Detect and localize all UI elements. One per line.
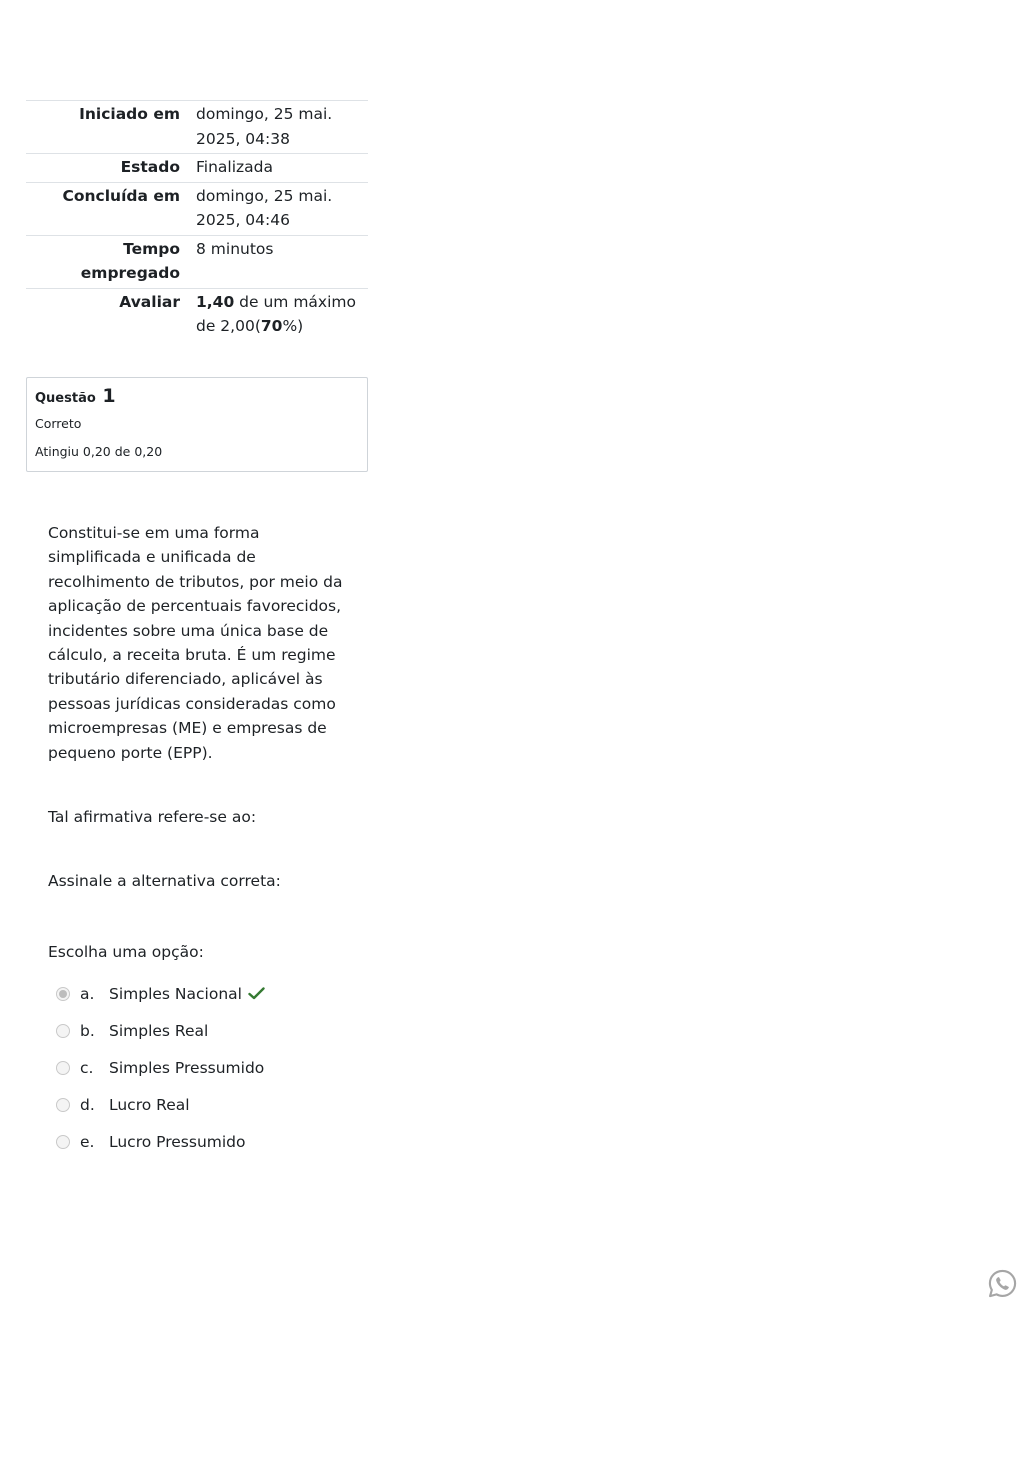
answer-option-d[interactable]: d. Lucro Real xyxy=(56,1086,356,1123)
answer-label: Simples Pressumido xyxy=(109,1059,264,1077)
grade-percent: 70 xyxy=(261,317,283,335)
question-info-box: Questão 1 Correto Atingiu 0,20 de 0,20 xyxy=(26,377,368,472)
grade-text-end: %) xyxy=(282,317,303,335)
answer-letter: c. xyxy=(80,1059,109,1077)
question-number: Questão 1 xyxy=(35,384,359,411)
question-label: Questão xyxy=(35,391,96,406)
answer-label: Lucro Real xyxy=(109,1096,190,1114)
answer-letter: e. xyxy=(80,1133,109,1151)
answer-option-b[interactable]: b. Simples Real xyxy=(56,1012,356,1049)
question-state: Correto xyxy=(35,416,359,432)
answer-option-a[interactable]: a. Simples Nacional xyxy=(56,975,356,1012)
summary-row-started: Iniciado em domingo, 25 mai. 2025, 04:38 xyxy=(26,101,368,154)
summary-label: Tempo empregado xyxy=(26,235,196,288)
summary-row-completed: Concluída em domingo, 25 mai. 2025, 04:4… xyxy=(26,182,368,235)
quiz-review-page: Iniciado em domingo, 25 mai. 2025, 04:38… xyxy=(0,0,1036,1469)
summary-value: 8 minutos xyxy=(196,235,368,288)
question-paragraph: Tal afirmativa refere-se ao: xyxy=(48,805,348,829)
answer-letter: d. xyxy=(80,1096,109,1114)
attempt-summary-table: Iniciado em domingo, 25 mai. 2025, 04:38… xyxy=(26,100,368,341)
answer-label: Simples Nacional xyxy=(109,985,242,1003)
question-paragraph: Constitui-se em uma forma simplificada e… xyxy=(48,521,348,765)
summary-value: Finalizada xyxy=(196,154,368,183)
summary-value: 1,40 de um máximo de 2,00(70%) xyxy=(196,288,368,341)
answer-option-e[interactable]: e. Lucro Pressumido xyxy=(56,1123,356,1160)
summary-label: Concluída em xyxy=(26,182,196,235)
check-icon xyxy=(248,987,265,1000)
question-number-value: 1 xyxy=(102,385,115,407)
answer-prompt: Escolha uma opção: xyxy=(48,940,204,964)
radio-button[interactable] xyxy=(56,1098,70,1112)
radio-button[interactable] xyxy=(56,1061,70,1075)
whatsapp-icon[interactable] xyxy=(987,1268,1018,1299)
question-grade: Atingiu 0,20 de 0,20 xyxy=(35,444,359,460)
summary-row-time-taken: Tempo empregado 8 minutos xyxy=(26,235,368,288)
answer-options: a. Simples Nacional b. Simples Real c. S… xyxy=(56,975,356,1160)
grade-value: 1,40 xyxy=(196,293,234,311)
summary-label: Iniciado em xyxy=(26,101,196,154)
answer-label: Simples Real xyxy=(109,1022,208,1040)
summary-value: domingo, 25 mai. 2025, 04:46 xyxy=(196,182,368,235)
question-text: Constitui-se em uma forma simplificada e… xyxy=(48,521,348,894)
question-paragraph: Assinale a alternativa correta: xyxy=(48,869,348,893)
answer-label: Lucro Pressumido xyxy=(109,1133,246,1151)
radio-button-selected[interactable] xyxy=(56,987,70,1001)
answer-option-c[interactable]: c. Simples Pressumido xyxy=(56,1049,356,1086)
summary-label: Avaliar xyxy=(26,288,196,341)
answer-letter: b. xyxy=(80,1022,109,1040)
summary-row-state: Estado Finalizada xyxy=(26,154,368,183)
summary-label: Estado xyxy=(26,154,196,183)
summary-row-grade: Avaliar 1,40 de um máximo de 2,00(70%) xyxy=(26,288,368,341)
radio-button[interactable] xyxy=(56,1135,70,1149)
answer-letter: a. xyxy=(80,985,109,1003)
radio-button[interactable] xyxy=(56,1024,70,1038)
summary-value: domingo, 25 mai. 2025, 04:38 xyxy=(196,101,368,154)
